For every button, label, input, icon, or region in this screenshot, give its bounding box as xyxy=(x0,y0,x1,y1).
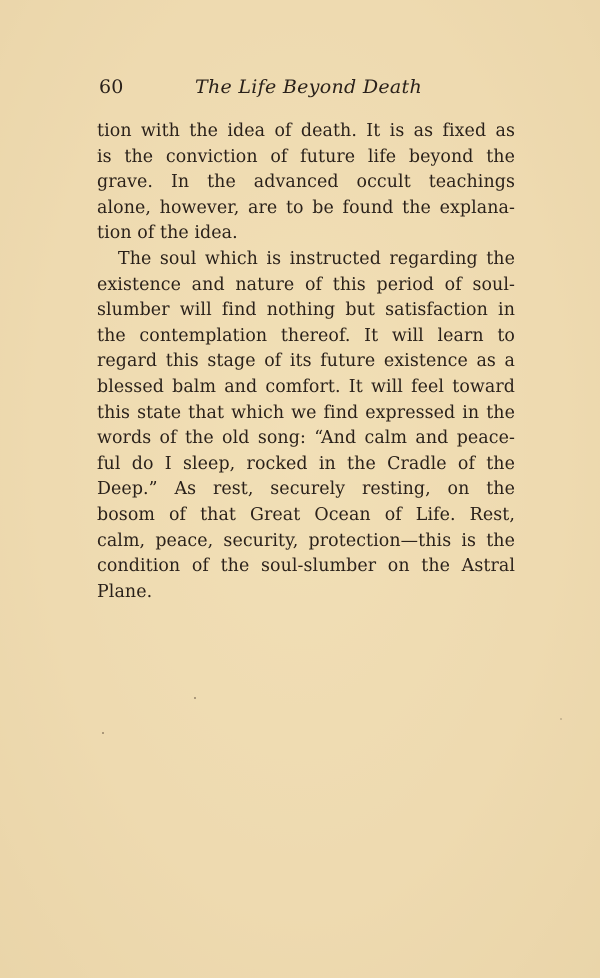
text-line: ful do I sleep, rocked in the Cradle of … xyxy=(97,452,515,478)
text-line: is the conviction of future life beyond … xyxy=(97,145,515,171)
paper-speck xyxy=(194,697,196,699)
text-line: Deep.” As rest, securely resting, on the xyxy=(97,477,515,503)
text-line: The soul which is instructed regarding t… xyxy=(97,247,515,273)
paragraph-1: tion with the idea of death. It is as fi… xyxy=(97,119,515,247)
page-number: 60 xyxy=(99,76,124,98)
text-line: blessed balm and comfort. It will feel t… xyxy=(97,375,515,401)
paper-speck xyxy=(560,718,562,720)
paper-speck xyxy=(102,732,104,734)
text-line: condition of the soul-slumber on the Ast… xyxy=(97,554,515,580)
body-text: tion with the idea of death. It is as fi… xyxy=(97,119,515,605)
text-line: existence and nature of this period of s… xyxy=(97,273,515,299)
text-line: slumber will find nothing but satisfacti… xyxy=(97,298,515,324)
text-line: words of the old song: “And calm and pea… xyxy=(97,426,515,452)
text-line: regard this stage of its future existenc… xyxy=(97,349,515,375)
text-line: alone, however, are to be found the expl… xyxy=(97,196,515,222)
text-line: tion with the idea of death. It is as fi… xyxy=(97,119,515,145)
paragraph-2: The soul which is instructed regarding t… xyxy=(97,247,515,605)
text-line: Plane. xyxy=(97,580,515,606)
text-line: calm, peace, security, protection—this i… xyxy=(97,529,515,555)
book-page: 60 The Life Beyond Death tion with the i… xyxy=(0,0,600,978)
text-line: tion of the idea. xyxy=(97,221,515,247)
running-title: The Life Beyond Death xyxy=(195,76,422,98)
text-line: bosom of that Great Ocean of Life. Rest, xyxy=(97,503,515,529)
text-line: grave. In the advanced occult teachings xyxy=(97,170,515,196)
running-head: 60 The Life Beyond Death xyxy=(99,76,519,104)
text-line: this state that which we find expressed … xyxy=(97,401,515,427)
text-line: the contemplation thereof. It will learn… xyxy=(97,324,515,350)
